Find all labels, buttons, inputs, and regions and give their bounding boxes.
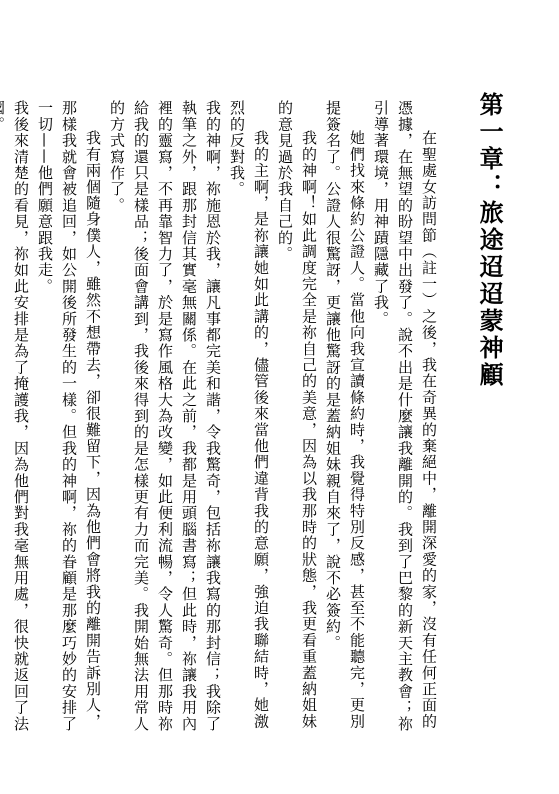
- paragraph-7: 我後來清楚的看見，祢如此安排是為了掩護我，因為他們對我毫無用處，很快就返回了法國…: [0, 100, 33, 740]
- vertical-body-text: 在聖處女訪問節（註一）之後，我在奇異的棄絕中，離開深愛的家，沒有任何正面的憑據，…: [0, 100, 441, 740]
- chapter-title: 第一章：旅途迢迢蒙神顧: [474, 92, 504, 389]
- paragraph-6: 我有兩個隨身僕人，雖然不想帶去，卻很難留下，因為他們會將我的離開告訴別人，那樣我…: [33, 100, 105, 740]
- paragraph-2: 她們找來條約公證人。當他向我宣讀條約時，我覺得特別反感，甚至不能聽完，更別提簽名…: [321, 100, 369, 740]
- paragraph-4: 我的主啊，是祢讓她如此講的，儘管後來當他們違背我的意願，強迫我聯結時，她激烈的反…: [225, 100, 273, 740]
- paragraph-3: 我的神啊！如此調度完全是祢自己的美意，因為以我那時的狀態，我更看重蓋納姐妹的意見…: [273, 100, 321, 740]
- paragraph-1: 在聖處女訪問節（註一）之後，我在奇異的棄絕中，離開深愛的家，沒有任何正面的憑據，…: [369, 100, 441, 740]
- document-page: 第一章：旅途迢迢蒙神顧 在聖處女訪問節（註一）之後，我在奇異的棄絕中，離開深愛的…: [0, 0, 559, 794]
- paragraph-5: 我的神啊，祢施恩於我，讓凡事都完美和諧，令我驚奇，包括祢讓我寫的那封信；我除了執…: [105, 100, 225, 740]
